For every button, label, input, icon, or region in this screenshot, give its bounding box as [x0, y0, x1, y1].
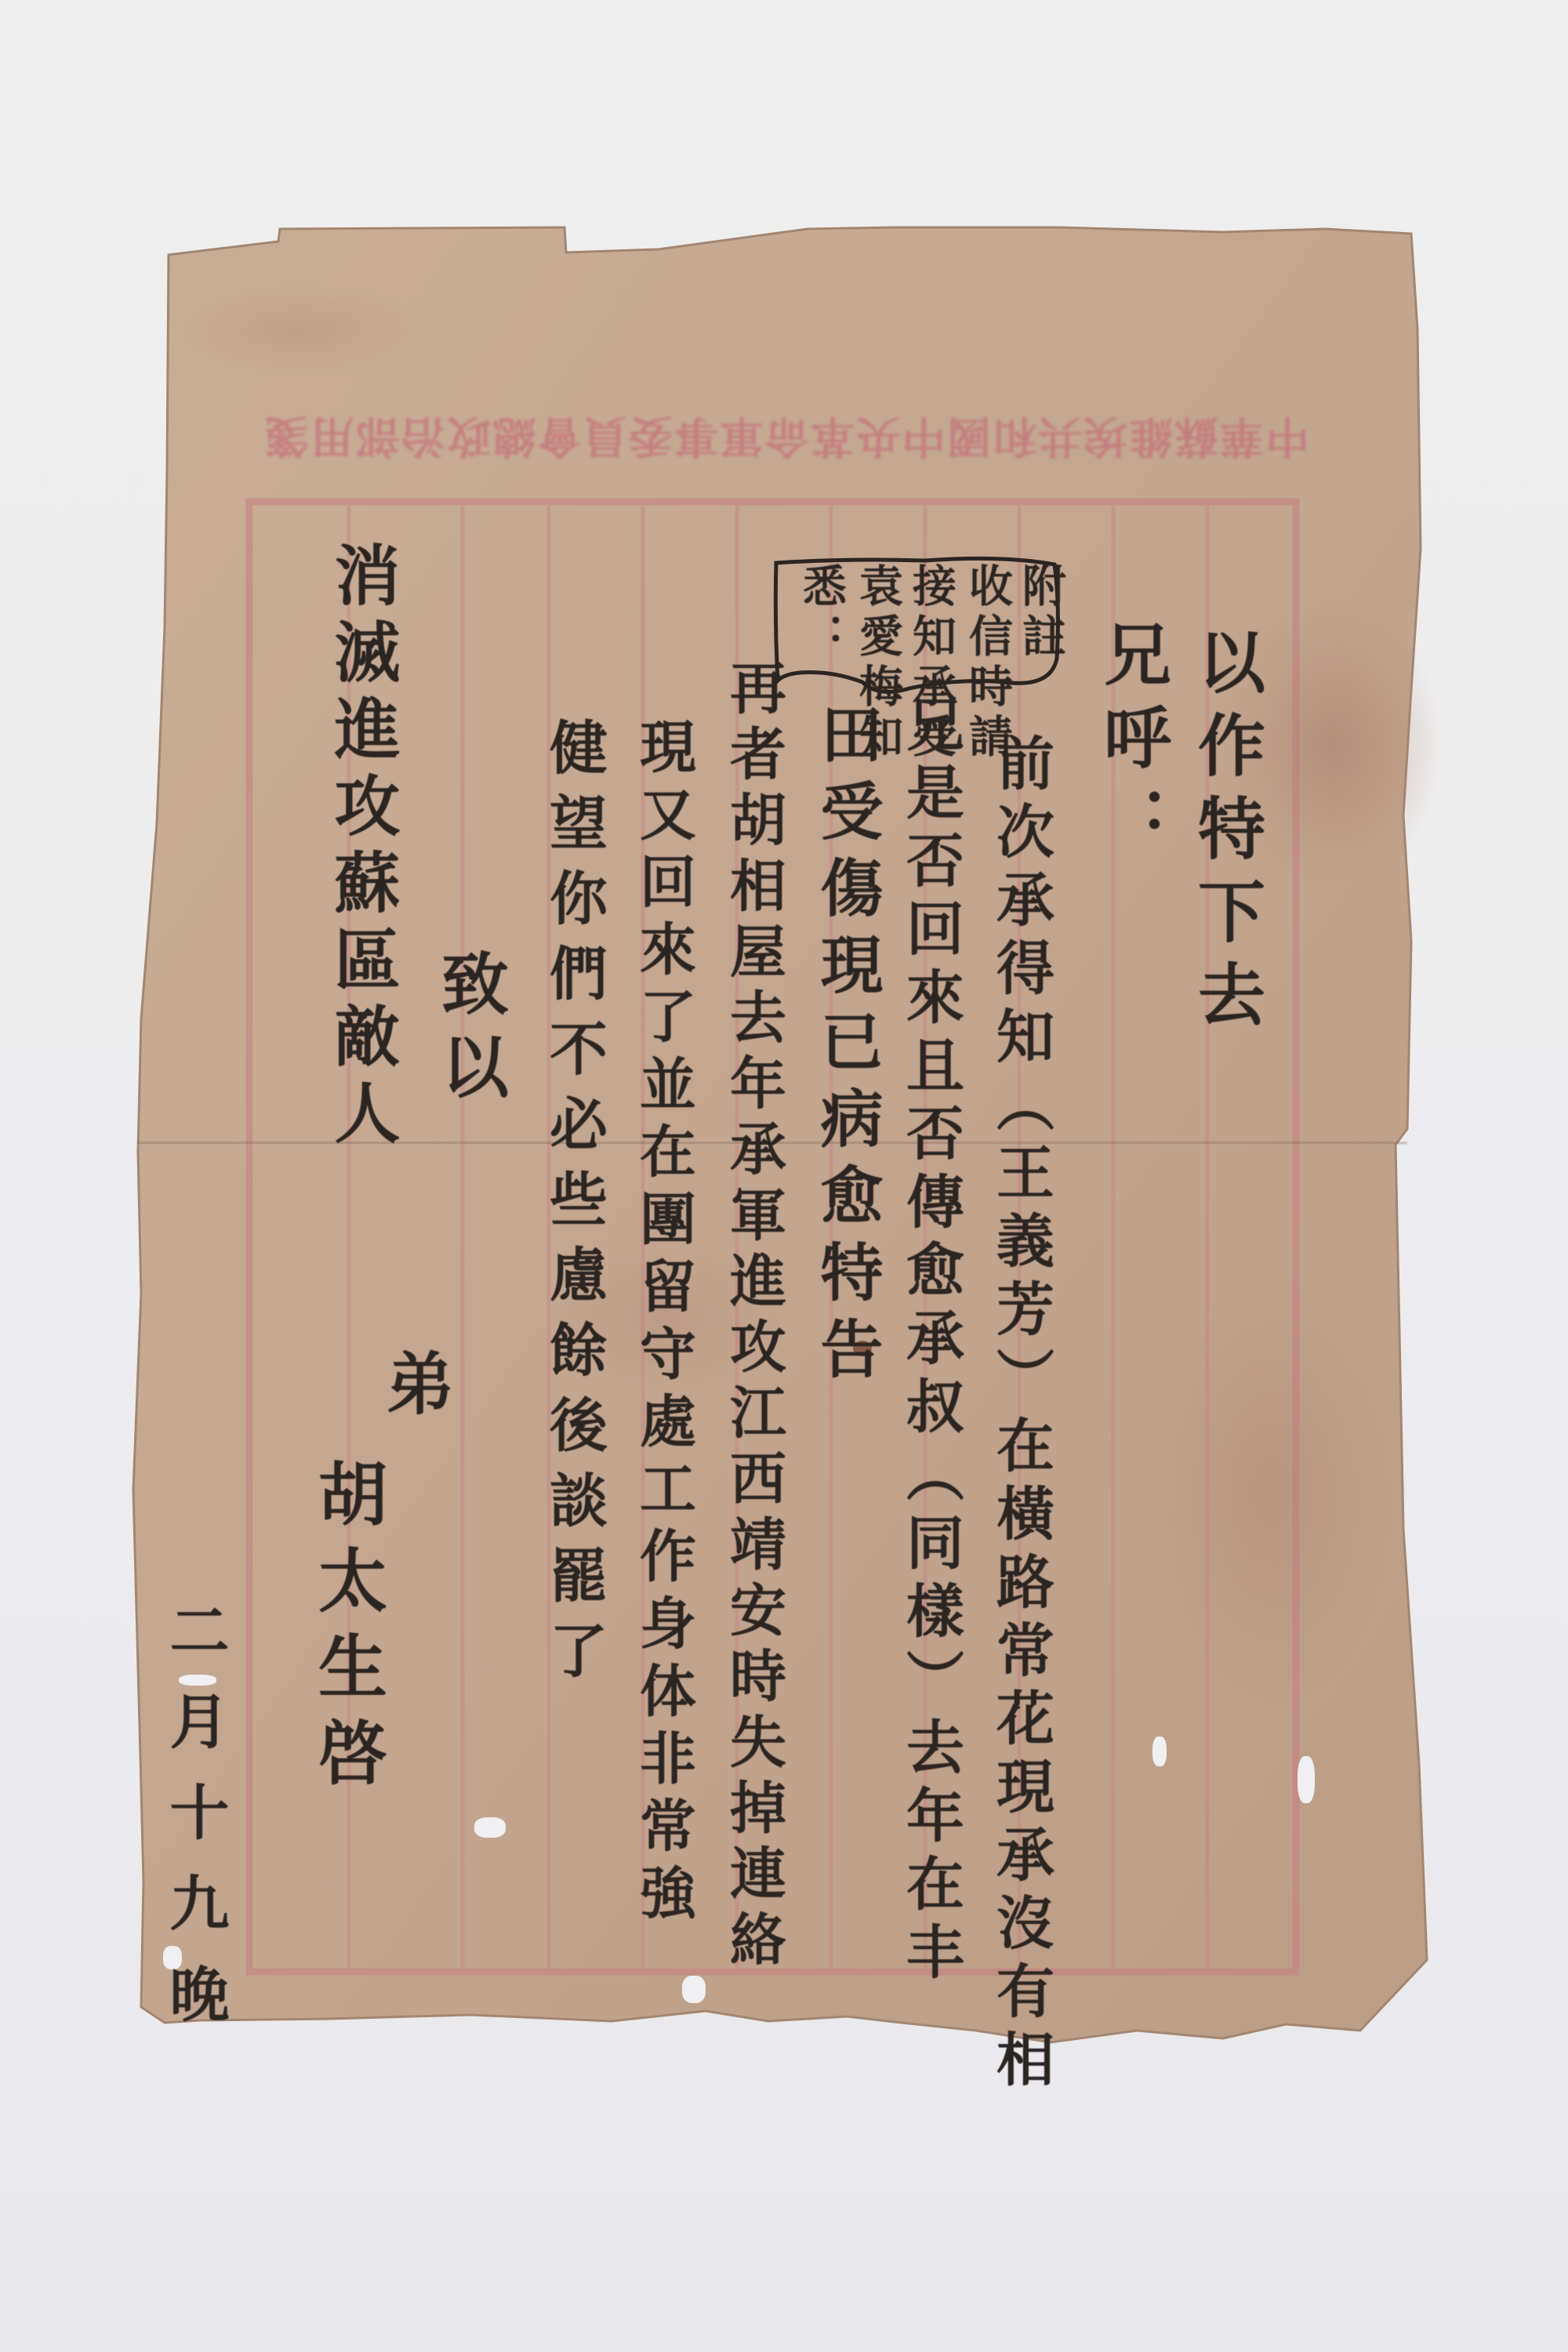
- letterhead-glyph: 員: [582, 408, 627, 470]
- letterhead-glyph: 總: [491, 408, 536, 470]
- letterhead-glyph: 軍: [718, 408, 764, 470]
- printed-letterhead: 中 華 蘇 維 埃 共 和 國 中 央 革 命 軍 事 委 員 會 總 政 治 …: [274, 408, 1309, 470]
- letterhead-glyph: 用: [309, 408, 354, 470]
- letterhead-glyph: 事: [673, 408, 718, 470]
- paper-hole: [1152, 1737, 1167, 1766]
- letterhead-glyph: 維: [1127, 408, 1173, 470]
- postscript-label: 附註: [1019, 563, 1063, 663]
- letter-paper: 中 華 蘇 維 埃 共 和 國 中 央 革 命 軍 事 委 員 會 總 政 治 …: [0, 0, 1568, 2352]
- opening-line: 以作特下去: [1192, 627, 1259, 1043]
- letterhead-glyph: 治: [400, 408, 445, 470]
- letterhead-glyph: 會: [536, 408, 582, 470]
- signature: 胡太生啓: [314, 1458, 383, 1803]
- letterhead-glyph: 委: [627, 408, 673, 470]
- letterhead-glyph: 政: [445, 408, 491, 470]
- letterhead-glyph: 箋: [263, 408, 309, 470]
- letterhead-glyph: 國: [946, 408, 991, 470]
- postscript-line: 悉：: [800, 563, 844, 663]
- letterhead-glyph: 部: [354, 408, 400, 470]
- date-line: 二月十九晚: [165, 1599, 224, 2054]
- letterhead-glyph: 埃: [1082, 408, 1127, 470]
- body-line-5: 現又回來了並在團留守處工作身体非常強: [635, 717, 691, 1931]
- letterhead-glyph: 中: [900, 408, 946, 470]
- letterhead-glyph: 命: [764, 408, 809, 470]
- letterhead-glyph: 蘇: [1173, 408, 1218, 470]
- letterhead-glyph: 共: [1036, 408, 1082, 470]
- signature-prefix: 弟: [380, 1348, 448, 1432]
- letterhead-glyph: 革: [809, 408, 855, 470]
- paper-hole: [682, 1976, 706, 2003]
- letterhead-glyph: 和: [991, 408, 1036, 470]
- salutation: 兄呼：: [1098, 619, 1165, 869]
- body-line-2: 兄是否回來且否傳愈承叔（同樣）去年在丰: [902, 694, 960, 1990]
- letterhead-glyph: 央: [855, 408, 900, 470]
- body-line-4: 再者胡相屋去年承軍進攻江西靖安時失掉連絡: [725, 659, 782, 1976]
- body-line-1: 前次承得知（王義芳）在橫路常花現承沒有相: [992, 733, 1050, 2097]
- paper-hole: [474, 1817, 506, 1838]
- body-line-6: 健望你們不必些慮餘後談罷了: [545, 717, 603, 1696]
- letterhead-glyph: 中: [1264, 408, 1309, 470]
- closing-phrase: 致以: [435, 949, 503, 1115]
- letterhead-glyph: 華: [1218, 408, 1264, 470]
- paper-hole: [1298, 1756, 1315, 1803]
- body-line-3: 田受傷現已病愈特告: [815, 702, 878, 1393]
- slogan-line: 消滅進攻蘇區敵人: [329, 541, 395, 1156]
